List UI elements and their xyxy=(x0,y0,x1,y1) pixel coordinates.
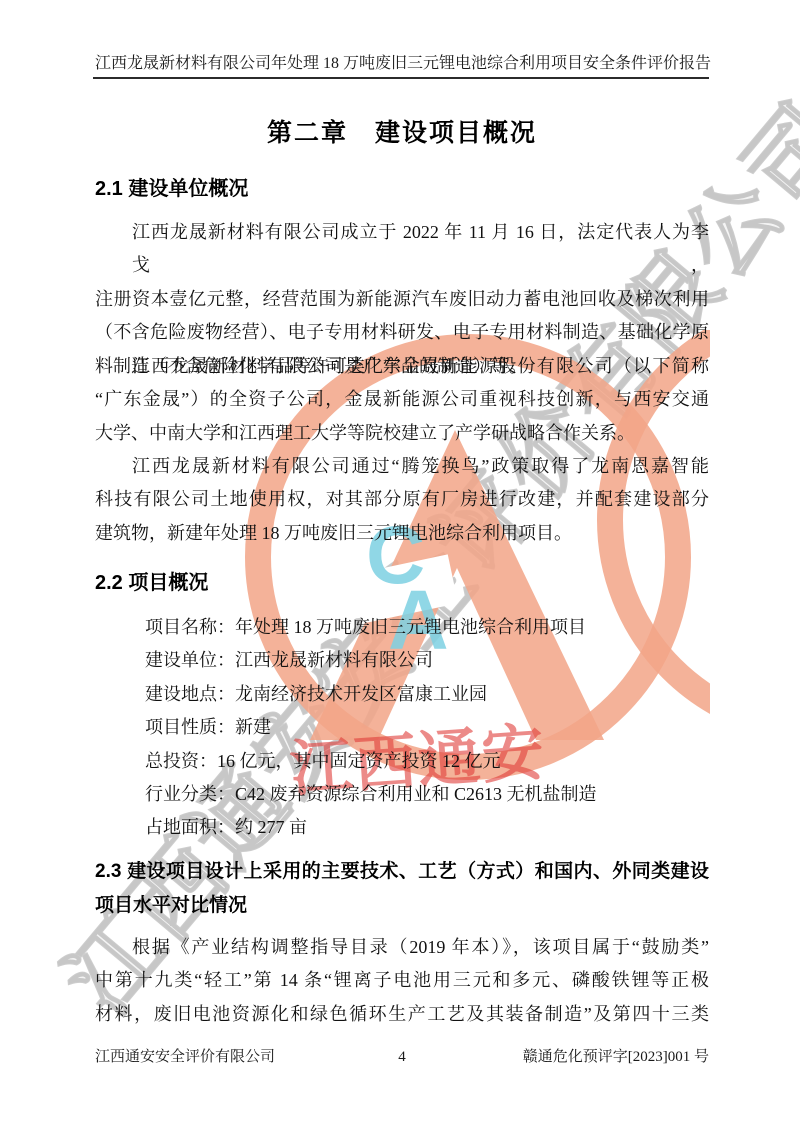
paragraph-line: 江西龙晟新材料有限公司通过“腾笼换鸟”政策取得了龙南恩嘉智能 xyxy=(95,450,709,483)
document-page: 江西通安安全评价有限公司 C A 江西通安 江西龙晟新材料有限公司年处理 18 … xyxy=(0,0,800,1131)
paragraph-industry-catalog: 根据《产业结构调整指导目录（2019 年本）》，该项目属于“鼓励类” 中第十九类… xyxy=(95,931,709,1031)
footer-doc-number: 赣通危化预评字[2023]001 号 xyxy=(406,1045,709,1066)
project-info-item: 建设单位：江西龙晟新材料有限公司 xyxy=(95,644,709,677)
section-2-3-heading-line-1: 2.3 建设项目设计上采用的主要技术、工艺（方式）和国内、外同类建设 xyxy=(95,855,709,890)
paragraph-line: 建筑物，新建年处理 18 万吨废旧三元锂电池综合利用项目。 xyxy=(95,517,709,550)
paragraph-line: （不含危险废物经营）、电子专用材料研发、电子专用材料制造、基础化学原 xyxy=(95,316,709,349)
project-info-item: 项目名称：年处理 18 万吨废旧三元锂电池综合利用项目 xyxy=(95,611,709,644)
project-info-item: 行业分类：C42 废弃资源综合利用业和 C2613 无机盐制造 xyxy=(95,778,709,811)
paragraph-line: 注册资本壹亿元整，经营范围为新能源汽车废旧动力蓄电池回收及梯次利用 xyxy=(95,283,709,316)
chapter-title: 第二章 建设项目概况 xyxy=(95,113,709,149)
section-2-3-heading-line-2: 项目水平对比情况 xyxy=(95,889,709,924)
paragraph-line: 材料，废旧电池资源化和绿色循环生产工艺及其装备制造”及第四十三类 xyxy=(95,998,709,1031)
footer-company: 江西通安安全评价有限公司 xyxy=(95,1045,398,1066)
paragraph-line: 大学、中南大学和江西理工大学等院校建立了产学研战略合作关系。 xyxy=(95,417,709,450)
header-divider xyxy=(93,77,709,79)
page-footer: 江西通安安全评价有限公司 4 赣通危化预评字[2023]001 号 xyxy=(95,1045,709,1066)
paragraph-line: 中第十九类“轻工”第 14 条“锂离子电池用三元和多元、磷酸铁锂等正极 xyxy=(95,964,709,997)
project-info-item: 总投资：16 亿元，其中固定资产投资 12 亿元 xyxy=(95,745,709,778)
paragraph-line: 江西龙晟新材料有限公司成立于 2022 年 11 月 16 日，法定代表人为李戈… xyxy=(95,216,709,283)
paragraph-line: 江西龙晟新材料有限公司是广东金晟新能源股份有限公司（以下简称 xyxy=(95,350,709,383)
paragraph-land-policy: 江西龙晟新材料有限公司通过“腾笼换鸟”政策取得了龙南恩嘉智能 科技有限公司土地使… xyxy=(95,450,709,550)
paragraph-line: 科技有限公司土地使用权，对其部分原有厂房进行改建，并配套建设部分 xyxy=(95,483,709,516)
paragraph-parent-company: 江西龙晟新材料有限公司是广东金晟新能源股份有限公司（以下简称 “广东金晟”）的全… xyxy=(95,350,709,450)
report-header-title: 江西龙晟新材料有限公司年处理 18 万吨废旧三元锂电池综合利用项目安全条件评价报… xyxy=(95,50,709,73)
section-2-1-heading: 2.1 建设单位概况 xyxy=(95,172,709,201)
project-info-item: 项目性质：新建 xyxy=(95,711,709,744)
paragraph-line: 根据《产业结构调整指导目录（2019 年本）》，该项目属于“鼓励类” xyxy=(95,931,709,964)
project-info-item: 建设地点：龙南经济技术开发区富康工业园 xyxy=(95,678,709,711)
paragraph-line: “广东金晟”）的全资子公司，金晟新能源公司重视科技创新，与西安交通 xyxy=(95,383,709,416)
project-info-item: 占地面积：约 277 亩 xyxy=(95,811,709,844)
project-info-list: 项目名称：年处理 18 万吨废旧三元锂电池综合利用项目 建设单位：江西龙晟新材料… xyxy=(95,611,709,845)
footer-page-number: 4 xyxy=(398,1049,406,1066)
section-2-2-heading: 2.2 项目概况 xyxy=(95,566,709,595)
